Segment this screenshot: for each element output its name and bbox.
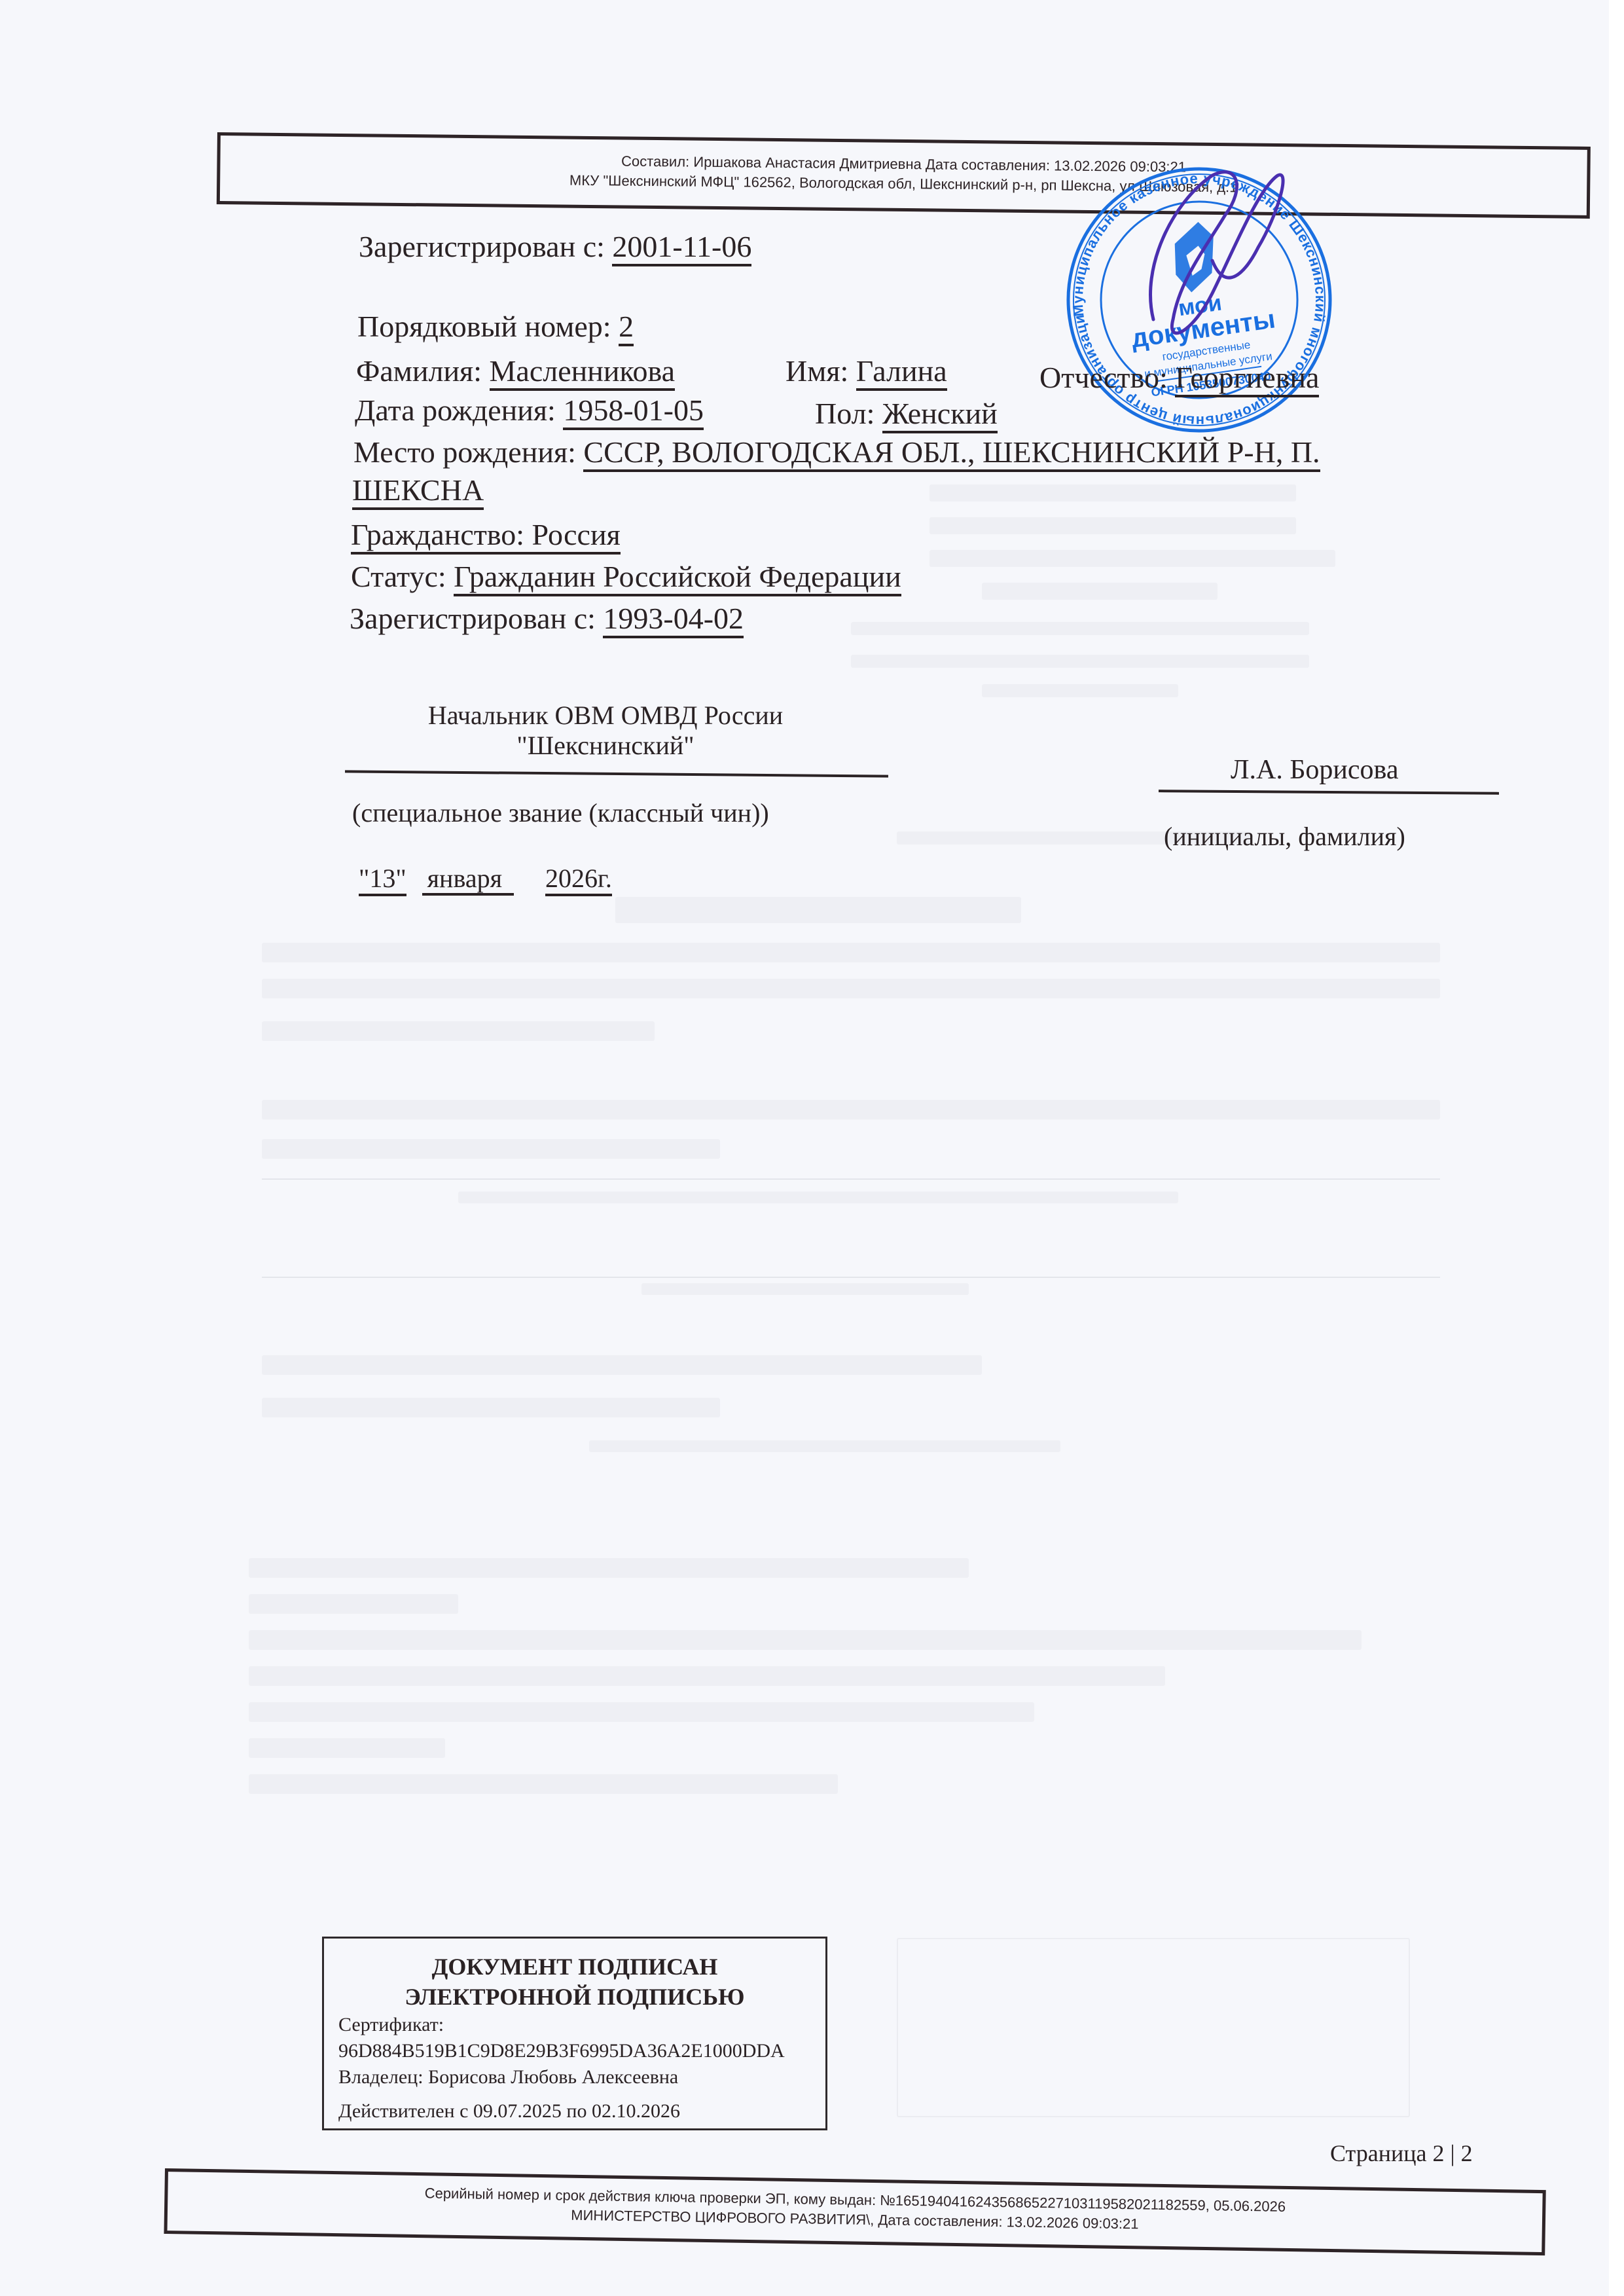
patronymic-value: Георгиевна <box>1175 361 1319 397</box>
sequence-number-value: 2 <box>619 310 634 346</box>
registered-value: 2001-11-06 <box>612 230 751 266</box>
first-name-field: Имя: Галина <box>785 354 947 389</box>
citizenship-value: Гражданство: Россия <box>351 518 621 555</box>
esig-title-line2: ЭЛЕКТРОННОЙ ПОДПИСЬЮ <box>324 1982 825 2012</box>
patronymic-field: Отчество: Георгиевна <box>1039 360 1319 395</box>
official-position: Начальник ОВМ ОМВД России "Шекснинский" <box>353 701 857 761</box>
surname-value: Масленникова <box>490 354 676 391</box>
document-page: Составил: Иршакова Анастасия Дмитриевна … <box>0 0 1609 2296</box>
status-field: Статус: Гражданин Российской Федерации <box>351 559 901 594</box>
date-month: января <box>422 864 514 896</box>
status-value: Гражданин Российской Федерации <box>454 560 901 596</box>
signing-date: "13" января 2026г. <box>359 863 612 894</box>
birth-date-value: 1958-01-05 <box>563 393 704 430</box>
name-signature-line <box>1159 790 1499 795</box>
registration-date-value: 1993-04-02 <box>603 602 744 638</box>
footer-stamp-box: Серийный номер и срок действия ключа про… <box>164 2168 1545 2255</box>
rank-signature-line <box>345 770 888 777</box>
esig-title-line1: ДОКУМЕНТ ПОДПИСАН <box>324 1952 825 1982</box>
citizenship-field: Гражданство: Россия <box>351 517 621 553</box>
surname-field: Фамилия: Масленникова <box>356 354 675 389</box>
sequence-number: Порядковый номер: 2 <box>357 309 634 344</box>
registration-date-field: Зарегистрирован с: 1993-04-02 <box>350 601 744 636</box>
date-day: "13" <box>359 864 406 896</box>
registered-label: Зарегистрирован с: <box>359 230 612 263</box>
cert-value: 96D884B519B1C9D8E29B3F6995DA36A2E1000DDA <box>324 2038 825 2064</box>
previous-registration: Зарегистрирован с: 2001-11-06 <box>359 229 751 264</box>
birthplace-value-line2: ШЕКСНА <box>352 473 484 510</box>
birth-date-field: Дата рождения: 1958-01-05 <box>355 393 704 428</box>
name-caption: (инициалы, фамилия) <box>1164 821 1405 852</box>
cert-validity: Действителен с 09.07.2025 по 02.10.2026 <box>324 2098 825 2124</box>
date-year: 2026г. <box>545 864 612 896</box>
sex-value: Женский <box>882 397 998 433</box>
rank-caption: (специальное звание (классный чин)) <box>352 797 769 828</box>
cert-owner: Владелец: Борисова Любовь Алексеевна <box>324 2064 825 2090</box>
cert-label: Сертификат: <box>324 2012 825 2038</box>
header-stamp-box: Составил: Иршакова Анастасия Дмитриевна … <box>217 132 1591 219</box>
signer-name: Л.А. Борисова <box>1231 754 1398 786</box>
page-number: Страница 2 | 2 <box>1330 2140 1473 2167</box>
birthplace-value-line1: СССР, ВОЛОГОДСКАЯ ОБЛ., ШЕКСНИНСКИЙ Р-Н,… <box>583 435 1320 472</box>
birthplace-continuation: ШЕКСНА <box>352 473 484 508</box>
electronic-signature-box: ДОКУМЕНТ ПОДПИСАН ЭЛЕКТРОННОЙ ПОДПИСЬЮ С… <box>322 1937 827 2130</box>
first-name-value: Галина <box>856 354 947 391</box>
sex-field: Пол: Женский <box>815 396 998 431</box>
birthplace-field: Место рождения: СССР, ВОЛОГОДСКАЯ ОБЛ., … <box>353 435 1320 470</box>
